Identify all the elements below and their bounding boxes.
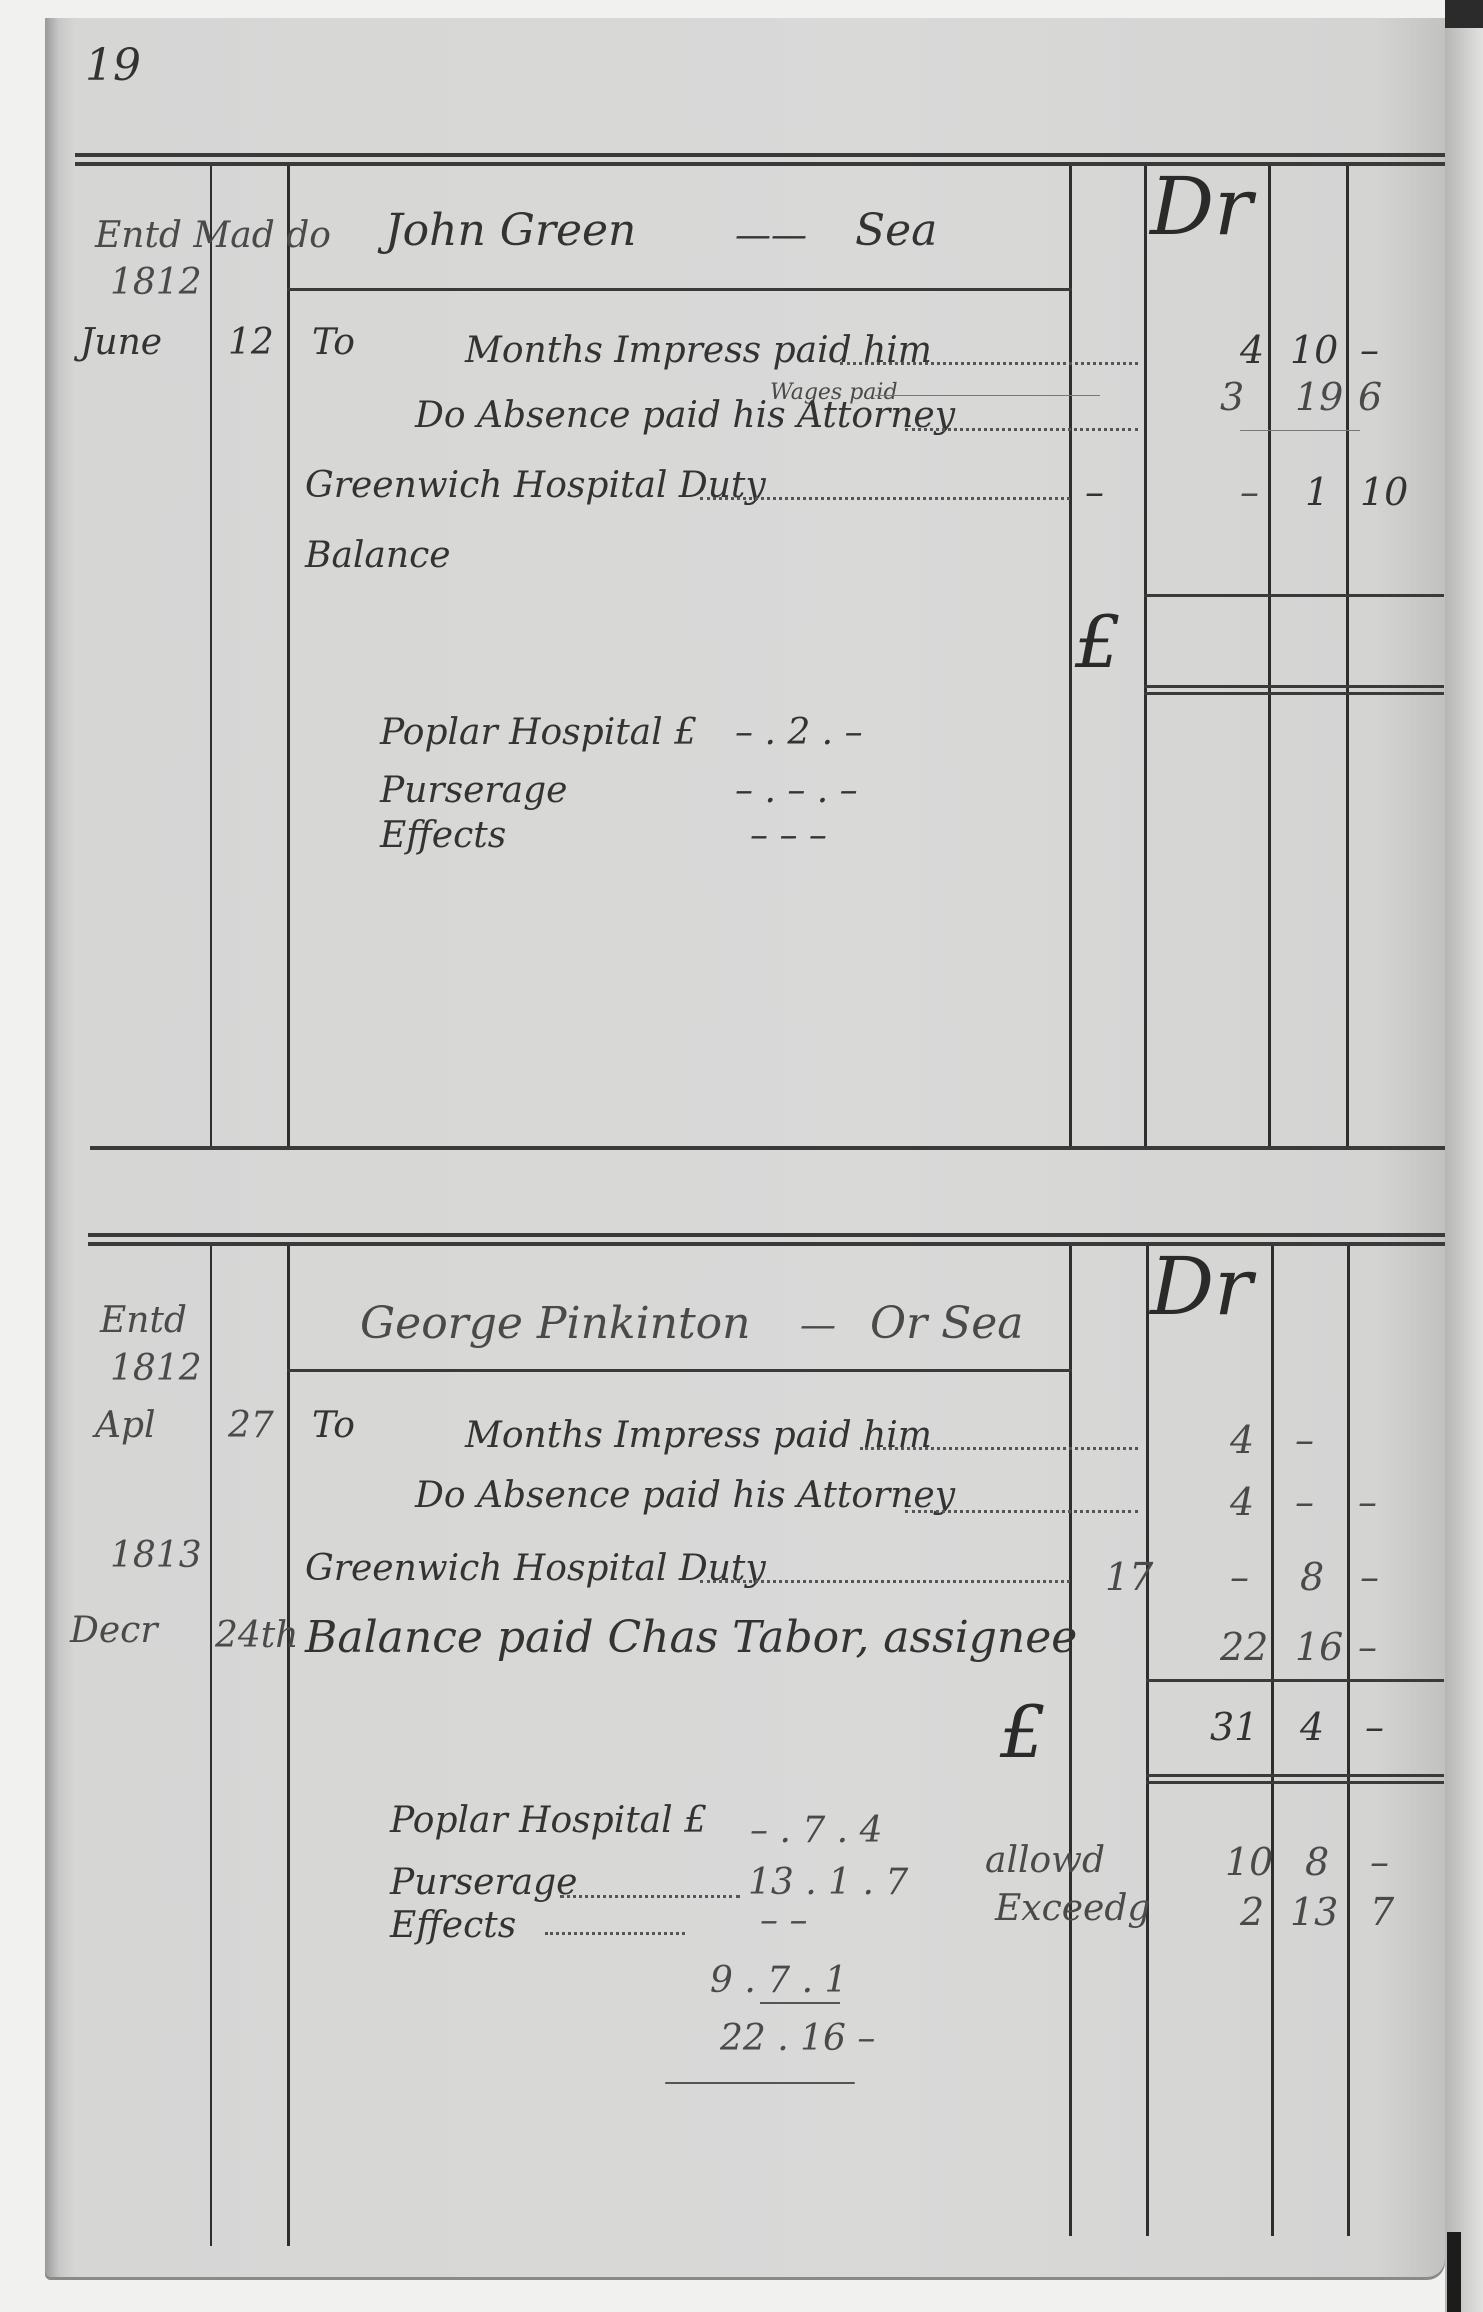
memo-value: – . 7 . 4 xyxy=(750,1810,882,1851)
row-description: Balance paid Chas Tabor, assignee xyxy=(305,1612,1077,1663)
double-rule-top xyxy=(88,1233,1445,1237)
row-description: Greenwich Hospital Duty xyxy=(305,465,766,506)
side-note-label: Exceedg xyxy=(995,1888,1150,1929)
column-divider xyxy=(1347,1246,1350,2236)
memo-label: Effects xyxy=(390,1905,516,1946)
entered-note: Entd Mad do xyxy=(95,215,331,256)
row-month: Apl xyxy=(95,1405,156,1446)
memo-label: Poplar Hospital £ xyxy=(380,712,697,753)
column-divider xyxy=(1346,166,1349,1148)
column-divider xyxy=(1146,1246,1149,2236)
memo-value: – – xyxy=(760,1900,807,1941)
side-note-pounds: 10 xyxy=(1225,1840,1273,1884)
total-rule xyxy=(1146,1679,1444,1682)
row-shillings: 1 xyxy=(1305,470,1329,514)
row-pounds: – xyxy=(1230,1555,1249,1599)
column-divider xyxy=(287,166,290,1148)
row-pence: – xyxy=(1360,328,1379,372)
row-pounds: 3 xyxy=(1220,375,1244,419)
side-note-pence: 7 xyxy=(1370,1890,1394,1934)
leader-dots xyxy=(560,1895,740,1898)
calculation-underline xyxy=(760,2002,840,2004)
memo-label: Purserage xyxy=(380,770,567,811)
double-rule-top xyxy=(75,153,1445,157)
memo-label: Effects xyxy=(380,815,506,856)
column-divider xyxy=(1268,166,1271,1148)
total-rule xyxy=(1146,1774,1444,1777)
leader-dots xyxy=(700,497,1070,500)
row-month: 1813 xyxy=(110,1535,202,1576)
row-extra: – xyxy=(1085,470,1104,514)
row-day: 12 xyxy=(228,322,274,363)
side-note-shillings: 8 xyxy=(1305,1840,1329,1884)
row-prefix: To xyxy=(312,1405,355,1446)
total-rule xyxy=(1144,685,1444,688)
person-name: George Pinkinton xyxy=(360,1298,751,1349)
side-note-pence: – xyxy=(1370,1840,1389,1884)
name-box-rule xyxy=(287,1369,1072,1372)
debit-header: Dr xyxy=(1150,1240,1252,1333)
memo-value: – . – . – xyxy=(735,770,858,811)
row-day: 24th xyxy=(215,1615,298,1656)
leader-dots xyxy=(700,1580,1070,1583)
column-divider xyxy=(210,166,212,1148)
calculation-underline xyxy=(665,2082,855,2084)
row-pounds: 4 xyxy=(1240,328,1264,372)
leader-dots xyxy=(860,1447,1138,1450)
entry-bottom-rule xyxy=(90,1146,1445,1150)
total-pence: – xyxy=(1365,1705,1384,1749)
total-pounds: 31 xyxy=(1210,1705,1258,1749)
total-rule xyxy=(1144,692,1444,695)
pencil-line xyxy=(1240,430,1360,431)
page-number: 19 xyxy=(85,40,141,91)
side-note-shillings: 13 xyxy=(1290,1890,1338,1934)
name-dash: —— xyxy=(735,215,807,256)
row-description: Greenwich Hospital Duty xyxy=(305,1548,766,1589)
row-pounds: 22 xyxy=(1220,1625,1268,1669)
leader-dots xyxy=(905,428,1138,431)
row-pence: 6 xyxy=(1358,375,1382,419)
row-pounds: – xyxy=(1240,470,1259,514)
leader-dots xyxy=(905,1510,1138,1513)
name-dash: — xyxy=(800,1305,836,1346)
row-shillings: 8 xyxy=(1300,1555,1324,1599)
memo-value: – – – xyxy=(750,815,827,856)
row-day: 27 xyxy=(228,1405,274,1446)
column-divider xyxy=(287,1246,290,2246)
column-divider xyxy=(1144,166,1147,1148)
row-description: Balance xyxy=(305,535,451,576)
row-shillings: 10 xyxy=(1290,328,1338,372)
column-divider xyxy=(1069,166,1072,1148)
entry-year: 1812 xyxy=(110,1348,202,1389)
person-rank: Or Sea xyxy=(870,1298,1024,1349)
calculation-line: 22 . 16 – xyxy=(720,2018,875,2059)
adjacent-page-edge xyxy=(1445,0,1483,2312)
row-pence: – xyxy=(1360,1555,1379,1599)
total-rule xyxy=(1146,1781,1444,1784)
entry-year: 1812 xyxy=(110,262,202,303)
memo-label: Poplar Hospital £ xyxy=(390,1800,707,1841)
pound-symbol: £ xyxy=(1000,1690,1046,1774)
row-shillings: – xyxy=(1295,1480,1314,1524)
name-box-rule xyxy=(287,288,1072,291)
leader-dots xyxy=(840,362,1138,365)
row-description: Do Absence paid his Attorney xyxy=(415,1475,955,1516)
person-rank: Sea xyxy=(855,205,937,256)
total-shillings: 4 xyxy=(1300,1705,1324,1749)
leader-dots xyxy=(545,1932,685,1935)
row-pounds: 4 xyxy=(1230,1480,1254,1524)
row-extra: 17 xyxy=(1105,1555,1153,1599)
row-prefix: To xyxy=(312,322,355,363)
memo-value: – . 2 . – xyxy=(735,712,863,753)
calculation-line: 9 . 7 . 1 xyxy=(710,1960,847,2001)
debit-header: Dr xyxy=(1150,160,1252,253)
row-description: Do Absence paid his Attorney xyxy=(415,395,955,436)
row-month: June xyxy=(80,322,162,363)
row-pence: – xyxy=(1358,1625,1377,1669)
entered-note: Entd xyxy=(100,1300,187,1341)
pound-symbol: £ xyxy=(1075,600,1121,684)
total-rule xyxy=(1144,594,1444,597)
row-month: Decr xyxy=(70,1610,158,1651)
row-pence: 10 xyxy=(1360,470,1408,514)
column-divider xyxy=(1069,1246,1072,2236)
binding-tab xyxy=(1447,2232,1461,2312)
row-pounds: 4 xyxy=(1230,1418,1254,1462)
row-shillings: 16 xyxy=(1295,1625,1343,1669)
person-name: John Green xyxy=(385,205,636,256)
column-divider xyxy=(1271,1246,1274,2236)
binding-tab xyxy=(1445,0,1483,28)
side-note-label: allowd xyxy=(985,1840,1105,1881)
memo-value: 13 . 1 . 7 xyxy=(748,1862,908,1903)
row-shillings: – xyxy=(1295,1418,1314,1462)
side-note-pounds: 2 xyxy=(1240,1890,1264,1934)
memo-label: Purserage xyxy=(390,1862,577,1903)
column-divider xyxy=(210,1246,212,2246)
row-pence: – xyxy=(1358,1480,1377,1524)
row-shillings: 19 xyxy=(1295,375,1343,419)
